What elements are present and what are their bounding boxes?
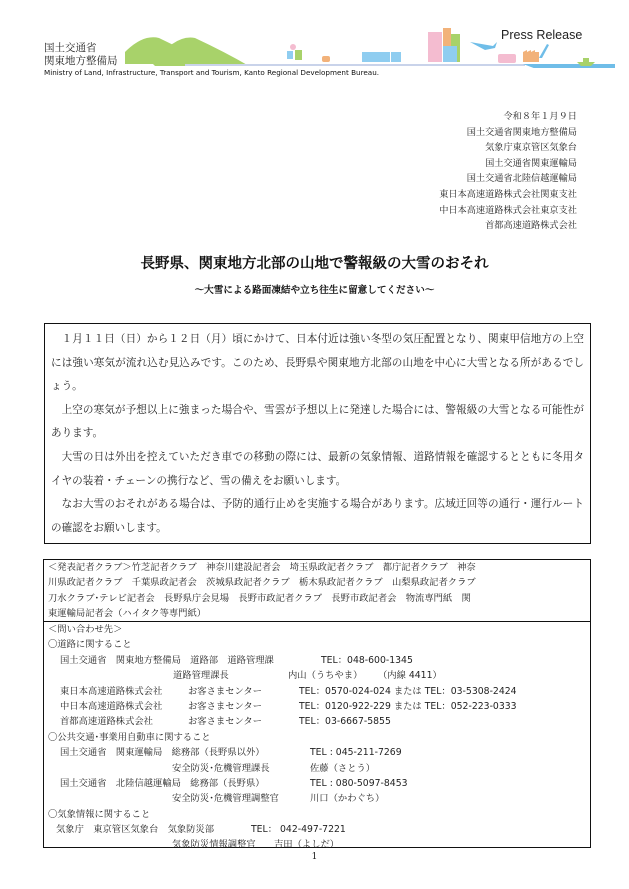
desk-name: お客さまセンター xyxy=(188,699,262,714)
expressway-contact: 首都高速道路株式会社 お客さまセンター TEL：03-6667-5855 xyxy=(48,714,586,729)
company-name: 中日本高速道路株式会社 xyxy=(60,699,162,714)
contact-title: 気象防災情報調整官 xyxy=(172,837,256,852)
press-clubs-line: 川県政記者クラブ 千葉県政記者会 茨城県政記者クラブ 栃木県政記者クラブ 山梨県… xyxy=(48,575,586,590)
transport-heading: 〇公共交通･事業用自動車に関すること xyxy=(48,730,586,745)
body-paragraph: 大雪の日は外出を控えていただき車での移動の際には、最新の気象情報、道路情報を確認… xyxy=(51,446,584,493)
expressway-contact: 東日本高速道路株式会社 お客さまセンター TEL：0570-024-024 また… xyxy=(48,684,586,699)
press-release-label: Press Release xyxy=(501,28,582,42)
extension: （内線 4411） xyxy=(378,668,442,683)
contact-title: 道路管理課長 xyxy=(173,668,229,683)
company-name: 首都高速道路株式会社 xyxy=(60,714,153,729)
org-name: 気象庁 東京管区気象台 気象防災部 xyxy=(56,822,214,837)
logo-line-2: 関東地方整備局 xyxy=(44,55,118,68)
weather-contact-org: 気象庁 東京管区気象台 気象防災部 TEL： 042-497-7221 xyxy=(48,822,586,837)
road-contact-mlit: 国土交通省 関東地方整備局 道路部 道路管理課 TEL：048-600-1345 xyxy=(48,653,586,668)
release-date: 令和８年１月９日 xyxy=(439,109,577,125)
inquiries-heading: ＜問い合わせ先＞ xyxy=(48,622,586,637)
body-paragraph: 上空の寒気が予想以上に強まった場合や、雪雲が予想以上に発達した場合には、警報級の… xyxy=(51,399,584,446)
road-contact-person: 道路管理課長 内山（うちやま） （内線 4411） xyxy=(48,668,586,683)
announcement-box: １月１１日（日）から１２日（月）頃にかけて、日本付近は強い冬型の気圧配置となり、… xyxy=(44,323,591,544)
desk-name: お客さまセンター xyxy=(188,684,262,699)
org-name: 国土交通省 北陸信越運輸局 総務部（長野県） xyxy=(60,776,265,791)
phone-number: TEL：0120-922-229 または TEL：052-223-0333 xyxy=(299,699,517,714)
press-clubs-line: 東運輸局記者会（ハイタク等専門紙） xyxy=(48,606,586,621)
desk-name: お客さまセンター xyxy=(188,714,262,729)
contact-name: 内山（うちやま） xyxy=(288,668,362,683)
agency: 東日本高速道路株式会社関東支社 xyxy=(439,187,577,203)
body-paragraph: なお大雪のおそれがある場合は、予防的通行止めを実施する場合があります。広域迂回等… xyxy=(51,493,584,540)
phone-number: TEL：03-6667-5855 xyxy=(299,714,391,729)
contact-title: 安全防災･危機管理調整官 xyxy=(172,791,279,806)
agency: 首都高速道路株式会社 xyxy=(439,218,577,234)
contact-name: 佐藤（さとう） xyxy=(310,761,375,776)
phone-number: TEL : 045-211-7269 xyxy=(310,745,402,760)
page-subtitle: ～大雪による路面凍結や立ち往生に留意してください～ xyxy=(0,282,629,296)
agency: 国土交通省関東地方整備局 xyxy=(439,125,577,141)
agency: 国土交通省北陸信越運輸局 xyxy=(439,171,577,187)
ministry-logo-text: 国土交通省 関東地方整備局 xyxy=(44,42,118,68)
transport-contact-org: 国土交通省 北陸信越運輸局 総務部（長野県） TEL : 080-5097-84… xyxy=(48,776,586,791)
org-name: 国土交通省 関東運輸局 総務部（長野県以外） xyxy=(60,745,265,760)
phone-number: TEL : 080-5097-8453 xyxy=(310,776,408,791)
transport-contact-person: 安全防災･危機管理調整官 川口（かわぐち） xyxy=(48,791,586,806)
agency: 中日本高速道路株式会社東京支社 xyxy=(439,203,577,219)
org-name: 国土交通省 関東地方整備局 道路部 道路管理課 xyxy=(60,653,274,668)
transport-contact-person: 安全防災･危機管理課長 佐藤（さとう） xyxy=(48,761,586,776)
press-clubs: ＜発表記者クラブ＞竹芝記者クラブ 神奈川建設記者会 埼玉県政記者クラブ 都庁記者… xyxy=(44,560,590,622)
press-clubs-line: ＜発表記者クラブ＞竹芝記者クラブ 神奈川建設記者会 埼玉県政記者クラブ 都庁記者… xyxy=(48,560,586,575)
agency: 国土交通省関東運輸局 xyxy=(439,156,577,172)
contacts-box: ＜発表記者クラブ＞竹芝記者クラブ 神奈川建設記者会 埼玉県政記者クラブ 都庁記者… xyxy=(43,559,591,848)
page-title: 長野県、関東地方北部の山地で警報級の大雪のおそれ xyxy=(0,252,629,273)
phone-number: TEL： 042-497-7221 xyxy=(251,822,346,837)
expressway-contact: 中日本高速道路株式会社 お客さまセンター TEL：0120-922-229 また… xyxy=(48,699,586,714)
company-name: 東日本高速道路株式会社 xyxy=(60,684,162,699)
agency: 気象庁東京管区気象台 xyxy=(439,140,577,156)
page-number: 1 xyxy=(0,852,629,862)
logo-line-1: 国土交通省 xyxy=(44,42,118,55)
body-paragraph: １月１１日（日）から１２日（月）頃にかけて、日本付近は強い冬型の気圧配置となり、… xyxy=(51,328,584,399)
weather-heading: 〇気象情報に関すること xyxy=(48,807,586,822)
issuing-agencies: 令和８年１月９日 国土交通省関東地方整備局 気象庁東京管区気象台 国土交通省関東… xyxy=(439,109,577,234)
phone-number: TEL：0570-024-024 または TEL：03-5308-2424 xyxy=(299,684,517,699)
weather-contact-person: 気象防災情報調整官 吉田（よしだ） xyxy=(48,837,586,852)
ministry-english-name: Ministry of Land, Infrastructure, Transp… xyxy=(44,68,379,77)
contact-name: 川口（かわぐち） xyxy=(310,791,384,806)
press-clubs-line: 刀水クラブ･テレビ記者会 長野県庁会見場 長野市政記者クラブ 長野市政記者会 物… xyxy=(48,591,586,606)
contact-name: 吉田（よしだ） xyxy=(274,837,339,852)
road-heading: 〇道路に関すること xyxy=(48,637,586,652)
phone-number: TEL：048-600-1345 xyxy=(321,653,413,668)
transport-contact-org: 国土交通省 関東運輸局 総務部（長野県以外） TEL : 045-211-726… xyxy=(48,745,586,760)
contact-title: 安全防災･危機管理課長 xyxy=(172,761,270,776)
inquiries: ＜問い合わせ先＞ 〇道路に関すること 国土交通省 関東地方整備局 道路部 道路管… xyxy=(44,622,590,853)
